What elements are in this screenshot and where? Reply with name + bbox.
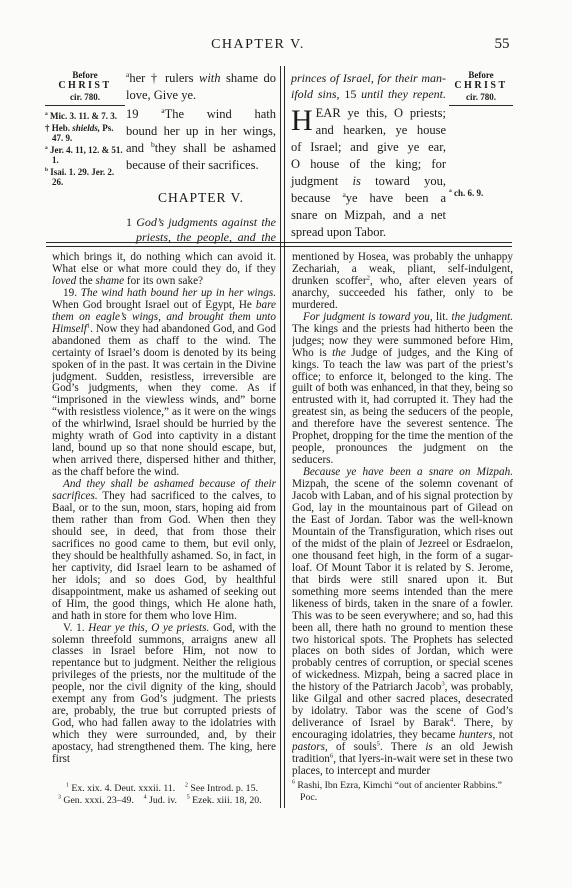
margin-heading-line: CHRIST bbox=[449, 80, 513, 92]
verse-1: H EAR ye this, O priests;and hearken, ye… bbox=[291, 105, 446, 241]
margin-note: b Isai. 1. 29. Jer. 2. 26. bbox=[45, 167, 125, 188]
verse-line: of Israel; and give ye ear, bbox=[291, 139, 446, 156]
verse-line: O house of the king; for bbox=[291, 156, 446, 173]
verse-line: judgment is toward you, bbox=[291, 173, 446, 190]
chapter-summary: 1 God’s judgments against thepriests, th… bbox=[126, 215, 276, 245]
margin-note: a Mic. 3. 11. & 7. 3. bbox=[45, 111, 125, 122]
footnote-line: 1 Ex. xix. 4. Deut. xxxii. 11. 2 See Int… bbox=[58, 783, 276, 795]
verse-line: aher † rulers with shame do bbox=[126, 70, 276, 87]
scripture-right-column: princes of Israel, for their man-ifold s… bbox=[291, 70, 446, 241]
summary-line: ifold sins, 15 until they repent. bbox=[291, 86, 446, 102]
margin-heading-line: Before bbox=[45, 70, 125, 80]
scripture-left-column: aher † rulers with shame dolove, Give ye… bbox=[126, 70, 276, 245]
margin-note: † Heb. shields, Ps. 47. 9. bbox=[45, 123, 125, 144]
commentary-paragraph: Because ye have been a snare on Mizpah. … bbox=[292, 467, 513, 778]
running-title: CHAPTER V. bbox=[158, 37, 358, 53]
chapter-heading: CHAPTER V. bbox=[126, 189, 276, 206]
commentary-paragraph: V. 1. Hear ye this, O ye priests. God, w… bbox=[52, 623, 276, 766]
right-margin-notes: a ch. 6. 9. bbox=[449, 188, 513, 199]
verse-line: and bthey shall be ashamed bbox=[126, 140, 276, 157]
verse-18: aher † rulers with shame dolove, Give ye… bbox=[126, 70, 276, 104]
column-divider-rule bbox=[280, 66, 285, 808]
margin-heading-line: cir. 780. bbox=[45, 92, 125, 102]
summary-line: princes of Israel, for their man- bbox=[291, 70, 446, 86]
margin-heading-line: CHRIST bbox=[45, 80, 125, 92]
footnotes-left: 1 Ex. xix. 4. Deut. xxxii. 11. 2 See Int… bbox=[58, 783, 276, 806]
before-christ-heading: BeforeCHRISTcir. 780. bbox=[449, 70, 513, 106]
commentary-paragraph: mentioned by Hosea, was probably the unh… bbox=[292, 252, 513, 312]
commentary-paragraph: which brings it, do nothing which can av… bbox=[52, 252, 276, 288]
left-margin-column: BeforeCHRISTcir. 780. a Mic. 3. 11. & 7.… bbox=[45, 70, 125, 189]
book-page: CHAPTER V. 55 BeforeCHRISTcir. 780. a Mi… bbox=[0, 0, 572, 888]
verse-line: 19 aThe wind hath bbox=[126, 106, 276, 123]
verse-line: because aye have been a bbox=[291, 190, 446, 207]
chapter-summary-continued: princes of Israel, for their man-ifold s… bbox=[291, 70, 446, 102]
page-number: 55 bbox=[484, 36, 520, 53]
footnote-line: 6 Rashi, Ibn Ezra, Kimchi “out of ancien… bbox=[300, 780, 521, 803]
drop-cap: H bbox=[291, 105, 316, 135]
commentary-right-column: mentioned by Hosea, was probably the unh… bbox=[292, 252, 513, 780]
margin-heading-line: cir. 780. bbox=[449, 92, 513, 102]
section-divider-rule bbox=[46, 242, 512, 247]
margin-heading-line: Before bbox=[449, 70, 513, 80]
footnotes-right: 6 Rashi, Ibn Ezra, Kimchi “out of ancien… bbox=[292, 780, 521, 803]
commentary-paragraph: And they shall be ashamed because of the… bbox=[52, 479, 276, 622]
verse-line: snare on Mizpah, and a net bbox=[291, 207, 446, 224]
verse-19: 19 aThe wind hathbound her up in her win… bbox=[126, 106, 276, 174]
before-christ-heading: BeforeCHRISTcir. 780. bbox=[45, 70, 125, 106]
verse-line: love, Give ye. bbox=[126, 87, 276, 104]
footnote-line: 3 Gen. xxxi. 23–49. 4 Jud. iv. 5 Ezek. x… bbox=[58, 795, 276, 807]
margin-note: a Jer. 4. 11, 12. & 51. 1. bbox=[45, 145, 125, 166]
commentary-left-column: which brings it, do nothing which can av… bbox=[52, 252, 276, 780]
left-margin-notes: a Mic. 3. 11. & 7. 3.† Heb. shields, Ps.… bbox=[45, 111, 125, 188]
summary-line: priests, the people, and the bbox=[126, 230, 276, 245]
verse-line: bound her up in her wings, bbox=[126, 123, 276, 140]
verse-line: spread upon Tabor. bbox=[291, 224, 446, 241]
right-margin-column: BeforeCHRISTcir. 780. a ch. 6. 9. bbox=[449, 70, 513, 200]
margin-note: a ch. 6. 9. bbox=[449, 188, 513, 199]
summary-line: 1 God’s judgments against the bbox=[126, 215, 276, 230]
commentary-paragraph: 19. The wind hath bound her up in her wi… bbox=[52, 288, 276, 479]
commentary-paragraph: For judgment is toward you, lit. the jud… bbox=[292, 312, 513, 467]
verse-line: because of their sacrifices. bbox=[126, 157, 276, 174]
